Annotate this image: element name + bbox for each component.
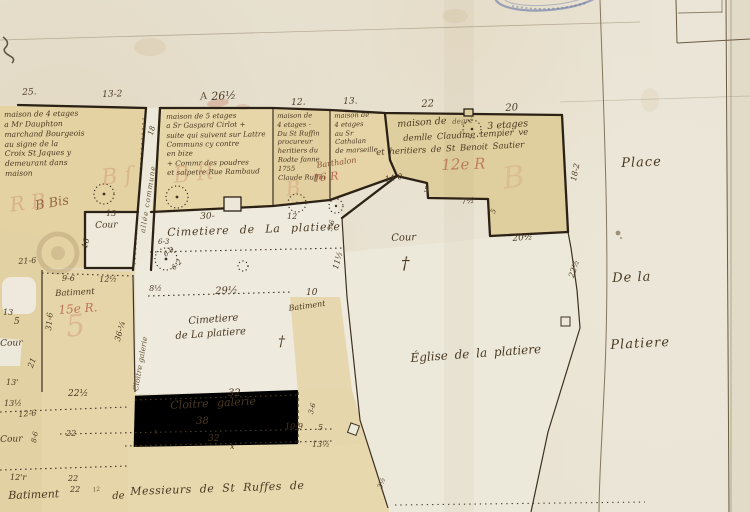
cour-a-area <box>85 212 138 268</box>
bottom-band-building <box>128 443 389 512</box>
map-drawing <box>0 0 750 512</box>
archive-stamp-icon <box>494 0 605 15</box>
stain <box>134 38 166 56</box>
ink-spot <box>616 231 621 236</box>
well-center <box>471 128 474 131</box>
ink-spot <box>620 237 622 239</box>
cour-blob-left2 <box>0 338 22 366</box>
cour-blob-left <box>2 277 36 314</box>
ink-mark <box>3 37 14 63</box>
well-center <box>103 193 106 196</box>
crease-band <box>444 0 474 512</box>
parcel-ruffin <box>273 108 330 206</box>
stain <box>641 88 659 112</box>
facade-notch <box>464 109 473 116</box>
faint-top-line <box>0 22 640 40</box>
well-center <box>176 196 179 199</box>
parcel-tempier <box>385 113 568 236</box>
red-smudge <box>207 98 230 109</box>
historic-map-plan-platiere: 25.13-2A26½12.13.2220maison de 4 etages … <box>0 0 750 512</box>
place-strip <box>604 0 726 512</box>
stain <box>442 9 468 23</box>
ring-stain-center <box>51 246 65 260</box>
cloister-gallery-area <box>126 390 300 450</box>
batiment-15r-block <box>42 268 135 512</box>
wall-notch-right <box>561 317 570 326</box>
parcel-cirlot <box>152 108 273 212</box>
porch-notch <box>224 197 241 211</box>
well-center <box>335 205 337 207</box>
well-center <box>165 258 168 261</box>
stamp-text-arc <box>512 3 586 9</box>
well-center <box>296 202 299 205</box>
